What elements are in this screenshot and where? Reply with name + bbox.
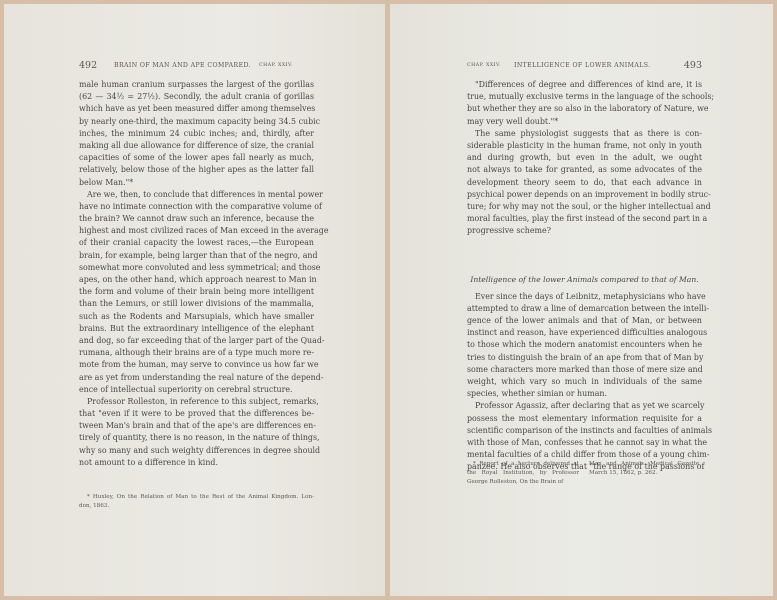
- text-line: than the Lemurs, or still lower division…: [79, 298, 314, 310]
- running-title: BRAIN OF MAN AND APE COMPARED.: [114, 59, 251, 73]
- text-line: ence of intellectual superiority on cere…: [79, 384, 314, 396]
- text-line: the form and volume of their brain being…: [79, 286, 314, 298]
- footnote-line: March 15, 1862, p. 262.: [589, 469, 701, 478]
- page-number: 493: [684, 59, 702, 73]
- running-title: INTELLIGENCE OF LOWER ANIMALS.: [514, 59, 651, 73]
- footnote: * Report of a Lecture delivered atthe Ro…: [467, 460, 702, 487]
- paragraphs-after-heading: Ever since the days of Leibnitz, metaphy…: [467, 291, 702, 474]
- text-line: ture; for why may not the soul, or the h…: [467, 201, 702, 213]
- chapter-label: CHAP. XXIV.: [259, 59, 293, 73]
- footnote-line: Man and Animals. Medical Gazette,: [589, 460, 701, 469]
- text-line: moral faculties, play the first instead …: [467, 213, 702, 225]
- text-line: species, whether simian or human.: [467, 388, 702, 400]
- text-line: male human cranium surpasses the largest…: [79, 79, 314, 91]
- footnote-line: don, 1863.: [79, 502, 314, 511]
- body-text: "Differences of degree and differences o…: [467, 79, 702, 473]
- text-line: Professor Agassiz, after declaring that …: [467, 400, 702, 412]
- text-line: tirely of quantity, there is no reason, …: [79, 432, 314, 444]
- text-line: psychical power depends on an improvemen…: [467, 189, 702, 201]
- chapter-label: CHAP. XXIV.: [467, 59, 501, 73]
- text-line: why so many and such weighty differences…: [79, 445, 314, 457]
- text-line: weight, which vary so much in individual…: [467, 376, 702, 388]
- text-line: to those which the modern anatomist enco…: [467, 339, 702, 351]
- right-page: CHAP. XXIV. INTELLIGENCE OF LOWER ANIMAL…: [390, 4, 773, 596]
- text-line: somewhat more convoluted and less symmet…: [79, 262, 314, 274]
- text-line: true, mutually exclusive terms in the la…: [467, 91, 702, 103]
- text-line: apes, on the other hand, which approach …: [79, 274, 314, 286]
- running-header: CHAP. XXIV. INTELLIGENCE OF LOWER ANIMAL…: [467, 59, 702, 73]
- text-line: with those of Man, confesses that he can…: [467, 437, 702, 449]
- text-line: instinct and reason, have experienced di…: [467, 327, 702, 339]
- text-line: scientific comparison of the instincts a…: [467, 425, 702, 437]
- text-line: Are we, then, to conclude that differenc…: [79, 189, 314, 201]
- text-line: attempted to draw a line of demarcation …: [467, 303, 702, 315]
- text-line: siderable plasticity in the human frame,…: [467, 140, 702, 152]
- left-page: 492 BRAIN OF MAN AND APE COMPARED. CHAP.…: [4, 4, 385, 596]
- footnote-column-1: * Report of a Lecture delivered atthe Ro…: [467, 460, 579, 487]
- text-line: not always to take for granted, as some …: [467, 164, 702, 176]
- text-line: progressive scheme?: [467, 225, 702, 237]
- text-line: of their cranial capacity the lowest rac…: [79, 237, 314, 249]
- text-line: have no intimate connection with the com…: [79, 201, 314, 213]
- footnote-column-2: Man and Animals. Medical Gazette,March 1…: [589, 460, 701, 487]
- footnote-line: * Huxley, On the Relation of Man to the …: [79, 493, 314, 502]
- text-line: that "even if it were to be proved that …: [79, 408, 314, 420]
- text-line: possess the most elementary information …: [467, 413, 702, 425]
- text-line: and during growth, but even in the adult…: [467, 152, 702, 164]
- body-text: male human cranium surpasses the largest…: [79, 79, 314, 469]
- text-line: some characters more marked than those o…: [467, 364, 702, 376]
- running-header: 492 BRAIN OF MAN AND APE COMPARED. CHAP.…: [79, 59, 314, 73]
- text-line: gence of the lower animals and that of M…: [467, 315, 702, 327]
- text-line: Professor Rolleston, in reference to thi…: [79, 396, 314, 408]
- text-line: Ever since the days of Leibnitz, metaphy…: [467, 291, 702, 303]
- text-line: but whether they are so also in the labo…: [467, 103, 702, 115]
- text-line: not amount to a difference in kind.: [79, 457, 314, 469]
- text-line: brains. But the extraordinary intelligen…: [79, 323, 314, 335]
- text-line: mote from the human, may serve to convin…: [79, 359, 314, 371]
- section-heading: Intelligence of the lower Animals compar…: [467, 274, 702, 286]
- text-line: and dog, so far exceeding that of the la…: [79, 335, 314, 347]
- text-line: tween Man's brain and that of the ape's …: [79, 420, 314, 432]
- text-line: development theory seem to do, that each…: [467, 177, 702, 189]
- footnote-line: the Royal Institution, by Professor: [467, 469, 579, 478]
- text-line: such as the Rodents and Marsupials, whic…: [79, 311, 314, 323]
- text-line: The same physiologist suggests that as t…: [467, 128, 702, 140]
- text-line: below Man."*: [79, 177, 314, 189]
- text-line: highest and most civilized races of Man …: [79, 225, 314, 237]
- text-line: the brain? We cannot draw such an infere…: [79, 213, 314, 225]
- text-line: brain, for example, being larger than th…: [79, 250, 314, 262]
- text-line: making all due allowance for difference …: [79, 140, 314, 152]
- footnote-line: * Report of a Lecture delivered at: [467, 460, 579, 469]
- text-line: capacities of some of the lower apes fal…: [79, 152, 314, 164]
- text-line: inches, the minimum 24 cubic inches; and…: [79, 128, 314, 140]
- text-line: rumana, although their brains are of a t…: [79, 347, 314, 359]
- text-line: may very well doubt."*: [467, 116, 702, 128]
- text-line: which have as yet been measured differ a…: [79, 103, 314, 115]
- text-line: relatively, below those of the higher ap…: [79, 164, 314, 176]
- text-line: are as yet from understanding the real n…: [79, 372, 314, 384]
- footnote: * Huxley, On the Relation of Man to the …: [79, 493, 314, 511]
- footnote-line: George Rolleston, On the Brain of: [467, 478, 579, 487]
- paragraphs-before-heading: "Differences of degree and differences o…: [467, 79, 702, 237]
- text-line: tries to distinguish the brain of an ape…: [467, 352, 702, 364]
- page-number: 492: [79, 59, 97, 73]
- text-line: "Differences of degree and differences o…: [467, 79, 702, 91]
- text-line: by nearly one-third, the maximum capacit…: [79, 116, 314, 128]
- text-line: (62 — 34½ = 27½). Secondly, the adult cr…: [79, 91, 314, 103]
